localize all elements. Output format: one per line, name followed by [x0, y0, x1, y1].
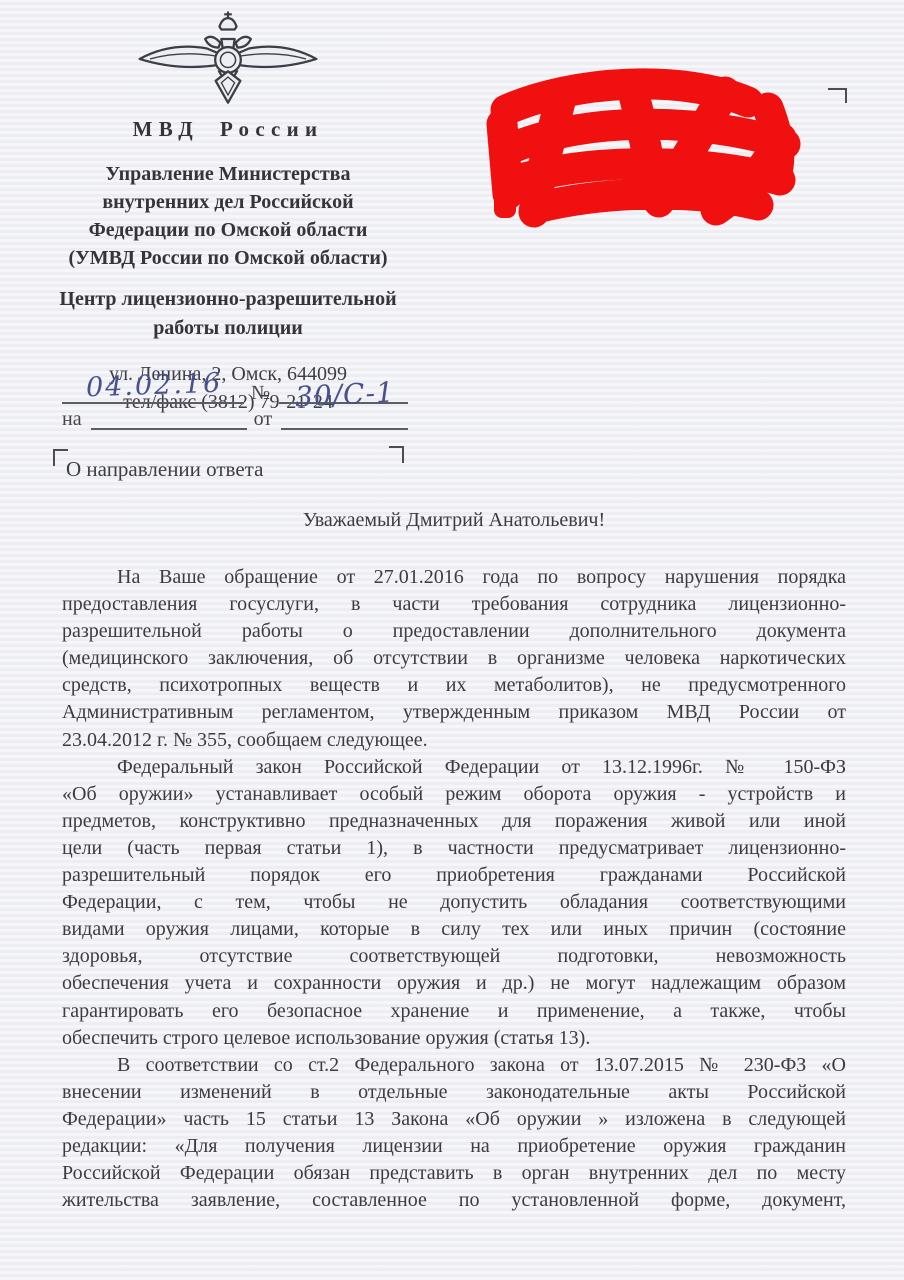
red-redaction-scribble	[482, 64, 808, 232]
body-line: На Ваше обращение от 27.01.2016 года по …	[62, 564, 846, 591]
scanned-letter-page: МВД России Управление Министерства внутр…	[0, 0, 904, 1280]
org-line: Федерации по Омской области	[52, 216, 404, 244]
letter-body: Уважаемый Дмитрий Анатольевич! На Ваше о…	[62, 507, 846, 1214]
corner-mark-subject-right-icon	[389, 446, 404, 463]
body-line: (медицинского заключения, об отсутствии …	[62, 645, 846, 672]
body-line: Российской Федерации обязан представить …	[62, 1160, 846, 1187]
reference-block: 04.02.16 № 30/С-1 на от	[62, 367, 408, 430]
ot-label: от	[247, 408, 281, 430]
body-line: обеспечить строго целевое использование …	[62, 1025, 846, 1052]
body-line: внесении изменений в отдельные законодат…	[62, 1079, 846, 1106]
body-line: «Об оружии» устанавливает особый режим о…	[62, 781, 846, 808]
body-line: Административным регламентом, утвержденн…	[62, 699, 846, 726]
letterhead: МВД России Управление Министерства внутр…	[52, 10, 404, 416]
body-line: Федеральный закон Российской Федерации о…	[62, 754, 846, 781]
body-line: В соответствии со ст.2 Федерального зако…	[62, 1052, 846, 1079]
department-name: Центр лицензионно-разрешительной работы …	[52, 285, 404, 343]
subject-line: О направлении ответа	[66, 457, 263, 482]
org-name-short: МВД России	[52, 117, 404, 142]
letter-paragraphs: На Ваше обращение от 27.01.2016 года по …	[62, 564, 846, 1214]
na-label: на	[62, 408, 91, 430]
body-line: цели (часть первая статьи 1), в частност…	[62, 835, 846, 862]
body-line: видами оружия лицами, которые в силу тех…	[62, 916, 846, 943]
date-number-row: 04.02.16 № 30/С-1	[62, 367, 408, 404]
dept-line: Центр лицензионно-разрешительной	[52, 285, 404, 314]
body-line: редакции: «Для получения лицензии на при…	[62, 1133, 846, 1160]
dept-line: работы полиции	[52, 314, 404, 343]
body-line: средств, психотропных веществ и их метаб…	[62, 672, 846, 699]
body-line: предоставления госуслуги, в части требов…	[62, 591, 846, 618]
body-line: Федерации, с тем, чтобы не допустить обл…	[62, 889, 846, 916]
mvd-double-headed-eagle-emblem-icon	[133, 10, 323, 111]
org-line: Управление Министерства	[52, 160, 404, 188]
body-line: 23.04.2012 г. № 355, сообщаем следующее.	[62, 727, 846, 754]
date-field: 04.02.16	[62, 365, 244, 404]
org-line: внутренних дел Российской	[52, 188, 404, 216]
org-line: (УМВД России по Омской области)	[52, 244, 404, 272]
salutation: Уважаемый Дмитрий Анатольевич!	[62, 507, 846, 534]
reply-to-row: на от	[62, 404, 408, 430]
corner-mark-top-right-icon	[828, 88, 847, 103]
body-line: обеспечения учета и сохранности оружия и…	[62, 970, 846, 997]
body-line: Федерации» часть 15 статьи 13 Закона «Об…	[62, 1106, 846, 1133]
body-line: разрешительной работы о предоставлении д…	[62, 618, 846, 645]
body-line: жительства заявление, составленное по ус…	[62, 1187, 846, 1214]
org-name-full: Управление Министерства внутренних дел Р…	[52, 160, 404, 272]
reply-to-date-field	[281, 402, 408, 430]
body-line: гарантировать его безопасное хранение и …	[62, 998, 846, 1025]
body-line: здоровья, отсутствие соответствующей под…	[62, 943, 846, 970]
number-sign-label: №	[244, 382, 279, 404]
handwritten-date: 04.02.16	[86, 368, 223, 404]
body-line: предметов, конструктивно предназначенных…	[62, 808, 846, 835]
outgoing-number-field: 30/С-1	[279, 365, 408, 404]
reply-to-number-field	[91, 402, 247, 430]
body-line: разрешительный порядок его приобретения …	[62, 862, 846, 889]
